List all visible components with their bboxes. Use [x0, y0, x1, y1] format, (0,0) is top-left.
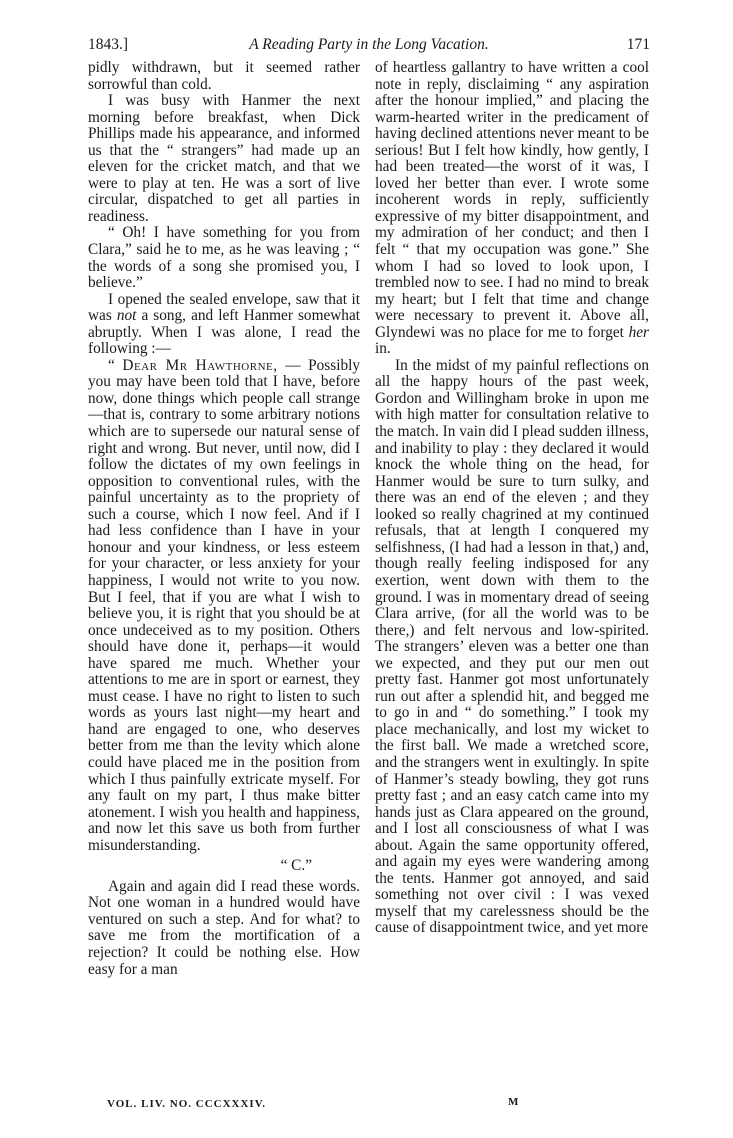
paragraph: pidly withdrawn, but it seemed rather so… [88, 60, 360, 93]
page-number: 171 [627, 36, 650, 54]
letter-body: “ Dear Mr Hawthorne, — Possibly you may … [88, 358, 360, 854]
paragraph: “ Oh! I have something for you from Clar… [88, 225, 360, 291]
left-column: pidly withdrawn, but it seemed rather so… [88, 60, 360, 978]
running-title: A Reading Party in the Long Vacation. [88, 36, 650, 54]
signature-mark: M [508, 1096, 518, 1108]
emphasis: not [117, 307, 137, 324]
paragraph: of heartless gallantry to have written a… [375, 60, 649, 358]
letter-signature: “ C.” [88, 858, 360, 875]
letter-salutation: Dear Mr Hawthorne, [122, 357, 277, 374]
emphasis: her [629, 324, 649, 341]
paragraph: Again and again did I read these words. … [88, 879, 360, 978]
paragraph: I opened the sealed envelope, saw that i… [88, 292, 360, 358]
running-header: 1843.] A Reading Party in the Long Vacat… [88, 36, 650, 56]
paragraph: In the midst of my painful reflections o… [375, 358, 649, 937]
right-column: of heartless gallantry to have written a… [375, 60, 649, 937]
paragraph: I was busy with Hanmer the next morning … [88, 93, 360, 225]
volume-footer: VOL. LIV. NO. CCCXXXIV. [107, 1098, 266, 1110]
